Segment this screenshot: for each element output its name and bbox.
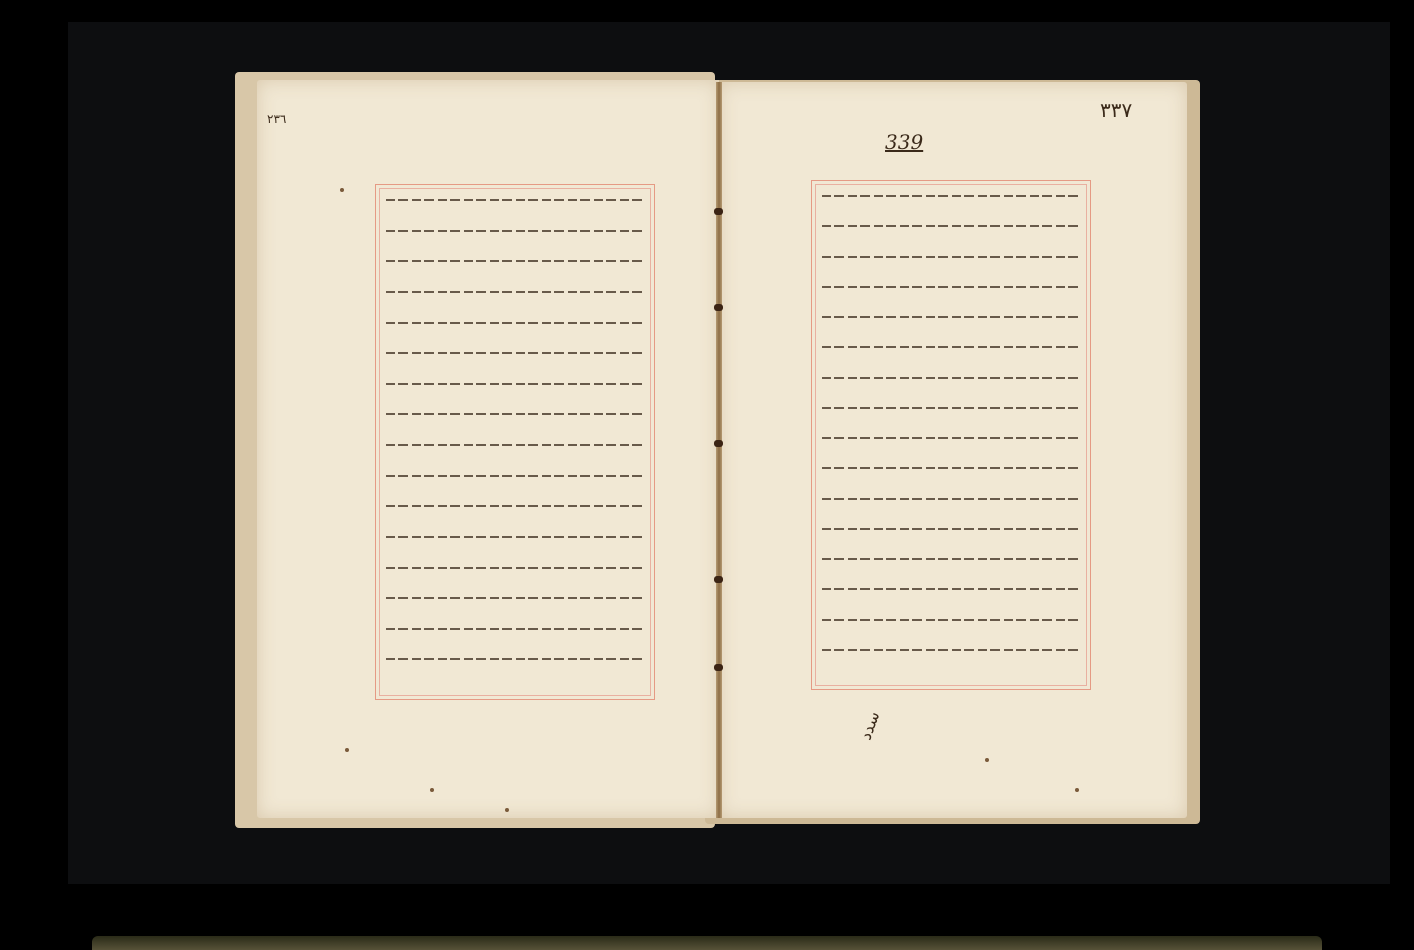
manuscript-text-line (386, 628, 644, 630)
manuscript-text-line (386, 658, 644, 660)
manuscript-text-line (822, 467, 1080, 469)
manuscript-text-line (386, 322, 644, 324)
manuscript-text-line (386, 352, 644, 354)
manuscript-text-line (386, 505, 644, 507)
paper-foxing (345, 748, 349, 752)
manuscript-text-line (386, 199, 644, 201)
lightbox-edge (92, 936, 1322, 950)
manuscript-text-line (822, 407, 1080, 409)
binding-stitch (714, 208, 723, 215)
binding-stitch (714, 664, 723, 671)
binding-stitch (714, 576, 723, 583)
manuscript-text-line (822, 286, 1080, 288)
paper-foxing (985, 758, 989, 762)
manuscript-text-line (822, 437, 1080, 439)
manuscript-text-line (822, 558, 1080, 560)
left-folio-mark: ٢٣٦ (267, 112, 286, 126)
manuscript-text-line (822, 649, 1080, 651)
manuscript-text-line (386, 260, 644, 262)
manuscript-text-line (822, 195, 1080, 197)
manuscript-text-line (386, 230, 644, 232)
binding-stitch (714, 304, 723, 311)
manuscript-text-line (822, 316, 1080, 318)
manuscript-book: ٢٣٦ ٣٣٧ 339 سدد (205, 68, 1200, 828)
manuscript-text-line (386, 475, 644, 477)
manuscript-text-line (386, 597, 644, 599)
right-text-block (811, 180, 1091, 690)
paper-foxing (430, 788, 434, 792)
book-gutter (716, 82, 722, 818)
manuscript-text-line (822, 619, 1080, 621)
manuscript-text-line (822, 377, 1080, 379)
binding-stitch (714, 440, 723, 447)
manuscript-text-line (822, 528, 1080, 530)
paper-foxing (1075, 788, 1079, 792)
manuscript-text-line (386, 383, 644, 385)
manuscript-text-line (386, 567, 644, 569)
manuscript-text-line (822, 346, 1080, 348)
paper-foxing (505, 808, 509, 812)
manuscript-text-line (822, 498, 1080, 500)
manuscript-text-line (822, 225, 1080, 227)
manuscript-text-line (822, 256, 1080, 258)
page-number-arabic: ٣٣٧ (1100, 98, 1132, 122)
manuscript-text-line (822, 588, 1080, 590)
manuscript-text-line (386, 291, 644, 293)
paper-foxing (340, 188, 344, 192)
manuscript-text-line (386, 413, 644, 415)
manuscript-text-line (386, 536, 644, 538)
manuscript-text-line (386, 444, 644, 446)
page-number-pencil: 339 (885, 130, 923, 154)
left-text-block (375, 184, 655, 700)
